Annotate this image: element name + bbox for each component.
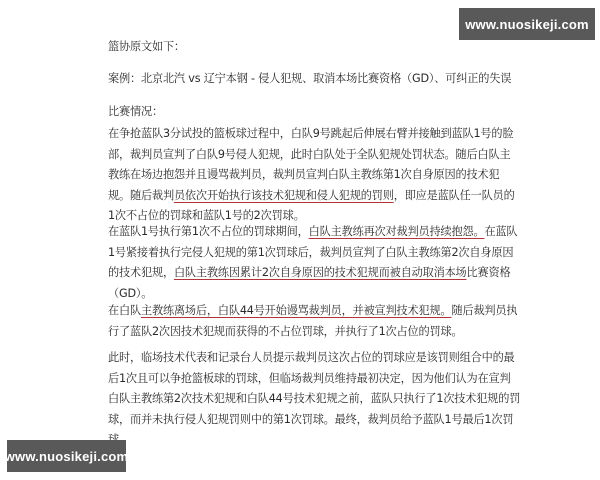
text-segment: 在白队 — [108, 304, 141, 317]
paragraph-3: 在白队主教练离场后，白队44号开始谩骂裁判员，并被宣判技术犯规。随后裁判员执行了… — [108, 301, 500, 342]
paragraph-line: 球。 — [108, 430, 500, 451]
paragraph-line: 部，裁判员宣判了白队9号侵人犯规，此时白队处于全队犯规处罚状态。随后白队主 — [108, 145, 500, 166]
text-segment: 球，而并未执行侵人犯规罚则中的第1次罚球。最终，裁判员给予蓝队1号最后1次罚 — [108, 413, 513, 426]
paragraph-line: 的技术犯规，白队主教练因累计2次自身原因的技术犯规而被自动取消本场比赛资格 — [108, 263, 500, 284]
text-segment: 规。随后裁判 — [108, 189, 174, 202]
underlined-text: 白队主教练再次对裁判员持续抱怨。 — [309, 225, 485, 238]
text-segment: 在蓝队1号执行第1次不占位的罚球期间， — [108, 225, 309, 238]
paragraph-line: 规。随后裁判员依次开始执行该技术犯规和侵人犯规的罚则，即应是蓝队任一队员的 — [108, 186, 500, 207]
text-segment: 在蓝队 — [484, 225, 517, 238]
text-segment: 随后裁判员执 — [451, 304, 517, 317]
text-segment: 后1次且可以争抢篮板球的罚球，但临场裁判员维持最初决定，因为他们认为在宣判 — [108, 372, 510, 385]
paragraph-line: 在争抢蓝队3分试投的篮板球过程中，白队9号跳起后伸展右臂并接触到蓝队1号的脸 — [108, 124, 500, 145]
text-segment: （GD）。 — [108, 287, 152, 300]
section-label: 比赛情况： — [108, 103, 163, 119]
text-segment: 1次不占位的罚球和蓝队1号的2次罚球。 — [108, 209, 305, 222]
paragraph-line: 此时，临场技术代表和记录台人员提示裁判员这次占位的罚球应是该罚则组合中的最 — [108, 348, 500, 369]
text-segment: 教练在场边抱怨并且谩骂裁判员，裁判员宣判白队主教练第1次自身原因的技术犯 — [108, 168, 499, 181]
paragraph-line: 在白队主教练离场后，白队44号开始谩骂裁判员，并被宣判技术犯规。随后裁判员执 — [108, 301, 500, 322]
text-segment: 比赛资格 — [467, 266, 511, 279]
text-segment: ，即应是蓝队任一队员的 — [394, 189, 515, 202]
text-segment: 白队主教练第2次技术犯规和白队44号技术犯规之前，蓝队只执行了1次技术犯规的罚 — [108, 392, 520, 405]
paragraph-1: 在争抢蓝队3分试投的篮板球过程中，白队9号跳起后伸展右臂并接触到蓝队1号的脸部，… — [108, 124, 500, 227]
text-segment: 的技术犯规， — [108, 266, 174, 279]
paragraph-line: 1号紧接着执行完侵人犯规的第1次罚球后，裁判员宣判了白队主教练第2次自身原因 — [108, 243, 500, 264]
paragraph-line: 在蓝队1号执行第1次不占位的罚球期间，白队主教练再次对裁判员持续抱怨。在蓝队 — [108, 222, 500, 243]
underlined-text: 员依次开始执行该技术犯规和侵人犯规的罚则 — [174, 189, 394, 202]
underlined-text: 白队主教练因累计2次自身原因的技术犯规 — [174, 266, 379, 279]
paragraph-line: 球，而并未执行侵人犯规罚则中的第1次罚球。最终，裁判员给予蓝队1号最后1次罚 — [108, 410, 500, 431]
paragraph-4: 此时，临场技术代表和记录台人员提示裁判员这次占位的罚球应是该罚则组合中的最后1次… — [108, 348, 500, 451]
text-segment: 此时，临场技术代表和记录台人员提示裁判员这次占位的罚球应是该罚则组合中的最 — [108, 351, 515, 364]
text-segment: 1号紧接着执行完侵人犯规的第1次罚球后，裁判员宣判了白队主教练第2次自身原因 — [108, 246, 513, 259]
watermark-top: www.nuosikeji.com — [459, 8, 595, 40]
text-segment: 在争抢蓝队3分试投的篮板球过程中，白队9号跳起后伸展右臂并接触到蓝队1号的脸 — [108, 127, 513, 140]
case-title: 案例：北京北汽 vs 辽宁本钢 - 侵人犯规、取消本场比赛资格（GD）、可纠正的… — [108, 70, 511, 86]
text-segment: 行了蓝队2次因技术犯规而获得的不占位罚球，并执行了1次占位的罚球。 — [108, 325, 462, 338]
document-heading: 篮协原文如下： — [108, 38, 185, 54]
paragraph-2: 在蓝队1号执行第1次不占位的罚球期间，白队主教练再次对裁判员持续抱怨。在蓝队1号… — [108, 222, 500, 304]
paragraph-line: 教练在场边抱怨并且谩骂裁判员，裁判员宣判白队主教练第1次自身原因的技术犯 — [108, 165, 500, 186]
paragraph-line: 行了蓝队2次因技术犯规而获得的不占位罚球，并执行了1次占位的罚球。 — [108, 322, 500, 343]
text-segment: 部，裁判员宣判了白队9号侵人犯规，此时白队处于全队犯规处罚状态。随后白队主 — [108, 148, 510, 161]
underlined-text: 而被自动取消本场 — [379, 266, 467, 279]
watermark-bottom: www.nuosikeji.com — [7, 440, 126, 472]
underlined-text: 主教练离场后，白队44号开始谩骂裁判员，并被宣判技术犯规。 — [141, 304, 452, 317]
paragraph-line: 后1次且可以争抢篮板球的罚球，但临场裁判员维持最初决定，因为他们认为在宣判 — [108, 369, 500, 390]
paragraph-line: 白队主教练第2次技术犯规和白队44号技术犯规之前，蓝队只执行了1次技术犯规的罚 — [108, 389, 500, 410]
